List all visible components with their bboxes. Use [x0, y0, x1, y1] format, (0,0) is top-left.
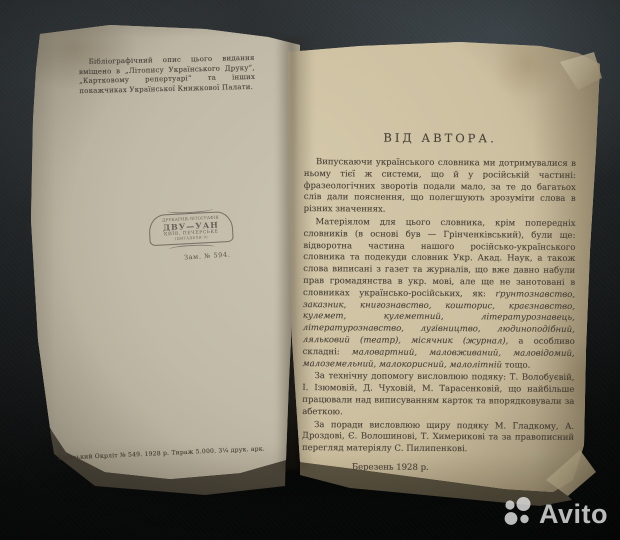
preface-text-block: ВІД АВТОРА. Випускаючи українського слов… — [302, 130, 576, 474]
bibliographic-note: Бібліографічний опис цього видання вміще… — [79, 54, 256, 97]
publication-date: Березень 1928 р. — [302, 462, 574, 474]
book-photo: Бібліографічний опис цього видання вміще… — [0, 0, 620, 540]
preface-heading: ВІД АВТОРА. — [304, 130, 576, 146]
paragraph-2-text: Матеріялом для цього словника, крім попе… — [303, 217, 576, 299]
avito-watermark: Avito — [502, 496, 608, 532]
avito-watermark-text: Avito — [539, 499, 608, 530]
paragraph-2-text: тощо. — [502, 360, 530, 370]
stamp-border: ДРУКАРНЯ-ЛІТОГРАФІЯ ДВУ—УАН КИЇВ, ПЕЧЕРС… — [148, 211, 234, 246]
preface-paragraph-2: Матеріялом для цього словника, крім попе… — [303, 217, 576, 372]
preface-paragraph-4: За поради висловлюю щиру подяку М. Гладк… — [302, 420, 574, 457]
preface-paragraph-1: Випускаючи українського словника ми дотр… — [304, 157, 576, 218]
preface-paragraph-3: За технічну допомогу висловлюю подяку: Т… — [302, 371, 574, 420]
avito-logo-icon — [502, 496, 534, 532]
printing-house-stamp: ДРУКАРНЯ-ЛІТОГРАФІЯ ДВУ—УАН КИЇВ, ПЕЧЕРС… — [148, 205, 234, 253]
